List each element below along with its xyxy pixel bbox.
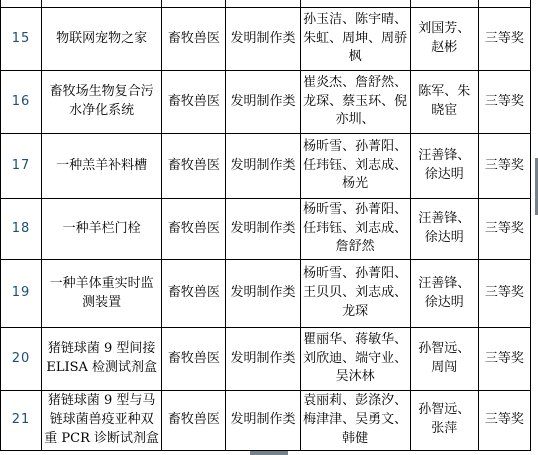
project-name-cell: 一种羊栏门栓 [42, 199, 162, 260]
advisors-cell: 汪善锋、徐达明 [410, 134, 478, 199]
project-name-cell: 物联网宠物之家 [42, 8, 162, 71]
project-name-cell: 畜牧场生物复合污水净化系统 [42, 71, 162, 134]
table-row: 21 猪链球菌 9 型与马链球菌兽疫亚种双重 PCR 诊断试剂盒 畜牧兽医 发明… [1, 391, 531, 451]
awards-table: 15 物联网宠物之家 畜牧兽医 发明制作类 孙玉洁、陈宇晴、朱虹、周坤、周骄枫 … [0, 0, 531, 451]
department-cell: 畜牧兽医 [162, 391, 226, 451]
advisors-cell: 汪善锋、徐达明 [410, 199, 478, 260]
department-cell: 畜牧兽医 [162, 260, 226, 328]
empty-cell [1, 0, 42, 8]
members-cell: 崔炎杰、詹舒然、龙琛、蔡玉环、倪亦圳、 [300, 71, 410, 134]
row-number-cell: 20 [1, 328, 42, 391]
row-number-cell: 18 [1, 199, 42, 260]
advisors-cell: 刘国芳、赵彬 [410, 8, 478, 71]
members-cell: 孙玉洁、陈宇晴、朱虹、周坤、周骄枫 [300, 8, 410, 71]
horizontal-scrollbar-thumb[interactable] [250, 451, 288, 455]
category-cell: 发明制作类 [226, 71, 300, 134]
members-cell: 瞿丽华、蒋敏华、刘欣迪、端守业、吴沐林 [300, 328, 410, 391]
members-cell: 杨昕雪、孙菁阳、任玮钰、刘志成、詹舒然 [300, 199, 410, 260]
table-row: 16 畜牧场生物复合污水净化系统 畜牧兽医 发明制作类 崔炎杰、詹舒然、龙琛、蔡… [1, 71, 531, 134]
department-cell: 畜牧兽医 [162, 199, 226, 260]
award-cell: 三等奖 [478, 134, 530, 199]
project-name-cell: 猪链球菌 9 型与马链球菌兽疫亚种双重 PCR 诊断试剂盒 [42, 391, 162, 451]
department-cell: 畜牧兽医 [162, 71, 226, 134]
members-cell: 杨昕雪、孙菁阳、王贝贝、刘志成、龙琛 [300, 260, 410, 328]
partial-row [1, 0, 531, 8]
table-row: 15 物联网宠物之家 畜牧兽医 发明制作类 孙玉洁、陈宇晴、朱虹、周坤、周骄枫 … [1, 8, 531, 71]
empty-cell [300, 0, 410, 8]
advisors-cell: 孙智远、周闯 [410, 328, 478, 391]
members-cell: 袁丽莉、彭涤汐、梅津津、吴勇文、韩健 [300, 391, 410, 451]
advisors-cell: 陈军、朱晓宦 [410, 71, 478, 134]
project-name-cell: 一种羔羊补料槽 [42, 134, 162, 199]
empty-cell [162, 0, 226, 8]
category-cell: 发明制作类 [226, 328, 300, 391]
document-view: 15 物联网宠物之家 畜牧兽医 发明制作类 孙玉洁、陈宇晴、朱虹、周坤、周骄枫 … [0, 0, 538, 455]
project-name-cell: 一种羊体重实时监测装置 [42, 260, 162, 328]
table-row: 19 一种羊体重实时监测装置 畜牧兽医 发明制作类 杨昕雪、孙菁阳、王贝贝、刘志… [1, 260, 531, 328]
table-row: 20 猪链球菌 9 型间接 ELISA 检测试剂盒 畜牧兽医 发明制作类 瞿丽华… [1, 328, 531, 391]
department-cell: 畜牧兽医 [162, 328, 226, 391]
members-cell: 杨昕雪、孙菁阳、任玮钰、刘志成、杨光 [300, 134, 410, 199]
category-cell: 发明制作类 [226, 8, 300, 71]
award-cell: 三等奖 [478, 328, 530, 391]
table-row: 17 一种羔羊补料槽 畜牧兽医 发明制作类 杨昕雪、孙菁阳、任玮钰、刘志成、杨光… [1, 134, 531, 199]
advisors-cell: 孙智远、张萍 [410, 391, 478, 451]
row-number-cell: 15 [1, 8, 42, 71]
empty-cell [226, 0, 300, 8]
row-number-cell: 16 [1, 71, 42, 134]
row-number-cell: 17 [1, 134, 42, 199]
department-cell: 畜牧兽医 [162, 8, 226, 71]
award-cell: 三等奖 [478, 199, 530, 260]
empty-cell [42, 0, 162, 8]
category-cell: 发明制作类 [226, 134, 300, 199]
category-cell: 发明制作类 [226, 260, 300, 328]
empty-cell [478, 0, 530, 8]
category-cell: 发明制作类 [226, 391, 300, 451]
project-name-cell: 猪链球菌 9 型间接 ELISA 检测试剂盒 [42, 328, 162, 391]
award-cell: 三等奖 [478, 260, 530, 328]
award-cell: 三等奖 [478, 71, 530, 134]
advisors-cell: 汪善锋、徐达明 [410, 260, 478, 328]
award-cell: 三等奖 [478, 391, 530, 451]
row-number-cell: 19 [1, 260, 42, 328]
category-cell: 发明制作类 [226, 199, 300, 260]
award-cell: 三等奖 [478, 8, 530, 71]
empty-cell [410, 0, 478, 8]
row-number-cell: 21 [1, 391, 42, 451]
department-cell: 畜牧兽医 [162, 134, 226, 199]
table-row: 18 一种羊栏门栓 畜牧兽医 发明制作类 杨昕雪、孙菁阳、任玮钰、刘志成、詹舒然… [1, 199, 531, 260]
